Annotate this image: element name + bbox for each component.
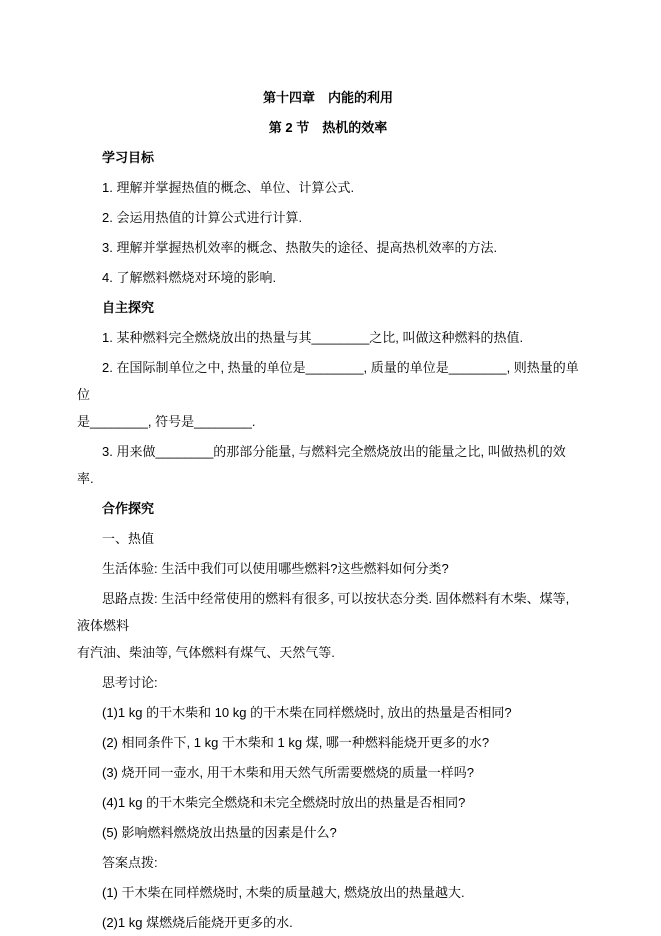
- answers-label: 答案点拨:: [77, 849, 579, 876]
- learning-goal-1: 1. 理解并掌握热值的概念、单位、计算公式.: [77, 174, 579, 201]
- topic-heat-value: 一、热值: [77, 525, 579, 552]
- question-4: (4)1 kg 的干木柴完全燃烧和未完全燃烧时放出的热量是否相同?: [77, 789, 579, 816]
- chapter-title: 第十四章 内能的利用: [77, 84, 579, 111]
- self-exploration-heading: 自主探究: [77, 294, 579, 321]
- question-2: (2) 相同条件下, 1 kg 干木柴和 1 kg 煤, 哪一种燃料能烧开更多的…: [77, 729, 579, 756]
- cooperative-exploration-heading: 合作探究: [77, 495, 579, 522]
- answer-2: (2)1 kg 煤燃烧后能烧开更多的水.: [77, 909, 579, 936]
- answer-1: (1) 干木柴在同样燃烧时, 木柴的质量越大, 燃烧放出的热量越大.: [77, 879, 579, 906]
- question-1: (1)1 kg 的干木柴和 10 kg 的干木柴在同样燃烧时, 放出的热量是否相…: [77, 699, 579, 726]
- hint-text-line-2: 有汽油、柴油等, 气体燃料有煤气、天然气等.: [77, 639, 579, 666]
- learning-goals-heading: 学习目标: [77, 144, 579, 171]
- learning-goal-4: 4. 了解燃料燃烧对环境的影响.: [77, 264, 579, 291]
- hint-text-line-1: 思路点拨: 生活中经常使用的燃料有很多, 可以按状态分类. 固体燃料有木柴、煤等…: [77, 585, 579, 639]
- question-3: (3) 烧开同一壶水, 用干木柴和用天然气所需要燃烧的质量一样吗?: [77, 759, 579, 786]
- discussion-label: 思考讨论:: [77, 669, 579, 696]
- self-exploration-item-2-line-1: 2. 在国际制单位之中, 热量的单位是________, 质量的单位是_____…: [77, 354, 579, 408]
- document-page: 第十四章 内能的利用 第 2 节 热机的效率 学习目标 1. 理解并掌握热值的概…: [0, 0, 661, 936]
- self-exploration-item-2-line-2: 是________, 符号是________.: [77, 408, 579, 435]
- section-title: 第 2 节 热机的效率: [77, 114, 579, 141]
- question-5: (5) 影响燃料燃烧放出热量的因素是什么?: [77, 819, 579, 846]
- learning-goal-2: 2. 会运用热值的计算公式进行计算.: [77, 204, 579, 231]
- learning-goal-3: 3. 理解并掌握热机效率的概念、热散失的途径、提高热机效率的方法.: [77, 234, 579, 261]
- self-exploration-item-1: 1. 某种燃料完全燃烧放出的热量与其________之比, 叫做这种燃料的热值.: [77, 324, 579, 351]
- self-exploration-item-3: 3. 用来做________的那部分能量, 与燃料完全燃烧放出的能量之比, 叫做…: [77, 438, 579, 492]
- life-experience-text: 生活体验: 生活中我们可以使用哪些燃料?这些燃料如何分类?: [77, 555, 579, 582]
